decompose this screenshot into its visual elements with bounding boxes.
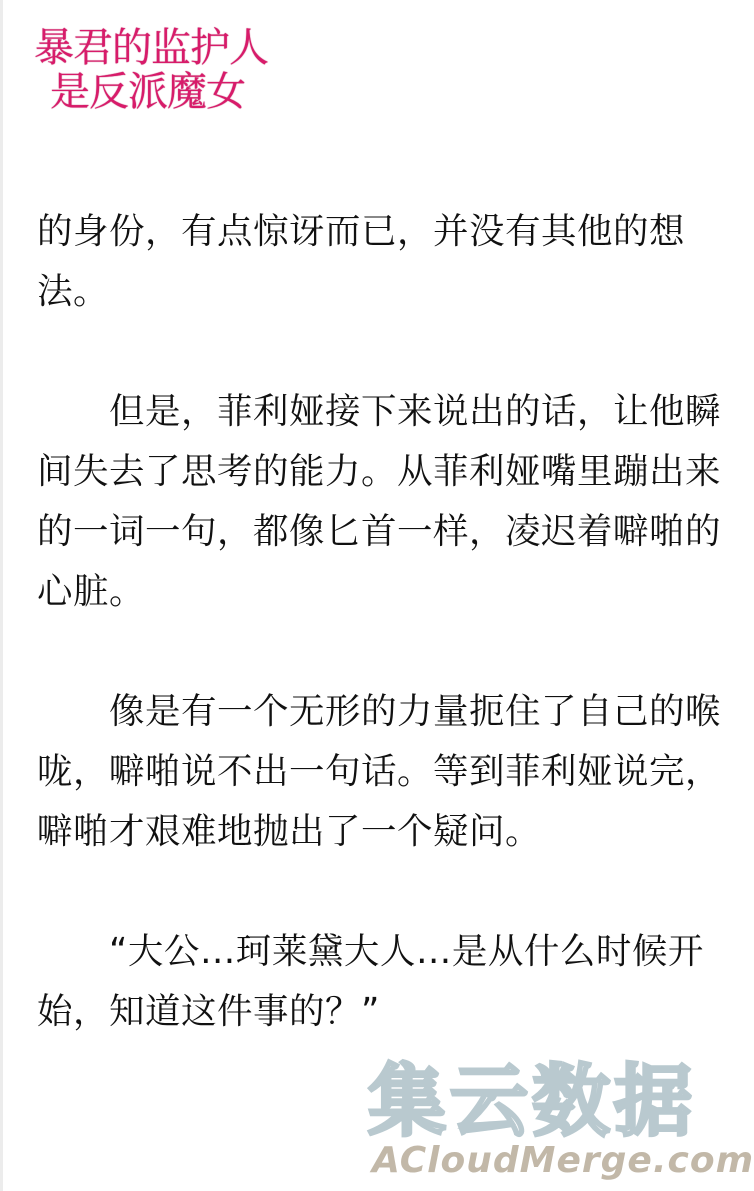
paragraph-1: 的身份，有点惊讶而已，并没有其他的想法。	[37, 202, 727, 322]
paragraph-4: “大公…珂莱黛大人…是从什么时候开始，知道这件事的？”	[37, 922, 727, 1042]
site-watermark: 集云数据 ACloudMerge.com	[368, 1062, 748, 1182]
watermark-chinese: 集云数据	[368, 1062, 748, 1142]
paragraph-3: 像是有一个无形的力量扼住了自己的喉咙，噼啪说不出一句话。等到菲利娅说完，噼啪才艰…	[37, 682, 727, 862]
comic-title-logo: 暴君的监护人 是反派魔女	[34, 26, 274, 136]
watermark-english: ACloudMerge.com	[372, 1140, 754, 1181]
logo-title-line-1: 暴君的监护人	[34, 26, 274, 70]
logo-title-line-2: 是反派魔女	[50, 70, 274, 114]
paragraph-2: 但是，菲利娅接下来说出的话，让他瞬间失去了思考的能力。从菲利娅嘴里蹦出来的一词一…	[37, 382, 727, 622]
page-left-border	[0, 0, 3, 1191]
story-text: 的身份，有点惊讶而已，并没有其他的想法。 但是，菲利娅接下来说出的话，让他瞬间失…	[37, 202, 727, 1042]
